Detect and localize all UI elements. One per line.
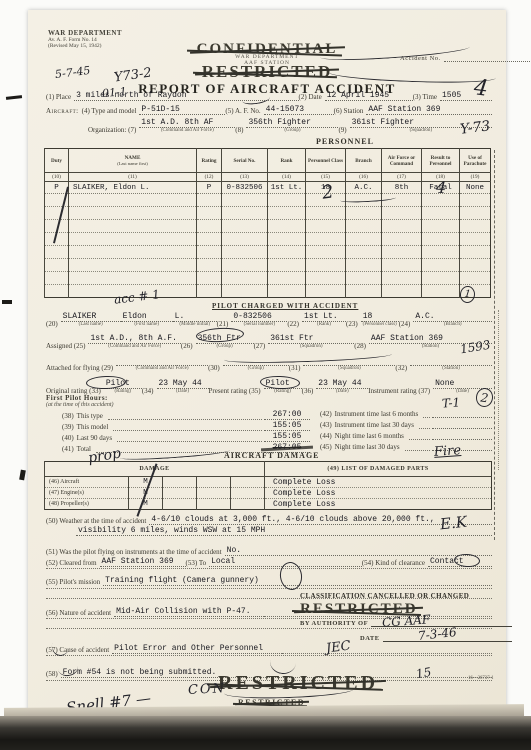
col-class: Personnel Class: [306, 149, 346, 173]
num-31: (31): [289, 364, 301, 372]
last-name-field: SLAIKER (Last name): [61, 312, 121, 328]
num-22: (22): [287, 320, 299, 328]
accident-no-field: Accident No.: [400, 55, 531, 62]
handwritten-15: 15: [415, 665, 432, 681]
assigned-caf-field: 1st A.D., 8th A.F. (Command and Air Forc…: [88, 334, 180, 350]
col-parachute: Use of Parachute: [460, 149, 491, 173]
num-32: (32): [395, 364, 407, 372]
accident-no-blank: [444, 61, 531, 62]
hours-last-90: 155:05: [264, 432, 310, 442]
aircraft-label: Aircraft:: [46, 107, 79, 115]
instr-rating-label: Instrument rating (37): [368, 387, 430, 395]
pilot-hours-subtitle: (at the time of this accident): [46, 402, 113, 408]
cause-line: (57) Cause of accident Pilot Error and O…: [46, 644, 492, 654]
pilot-hours-title: First Pilot Hours:: [46, 394, 108, 402]
authority-handwriting: CG AAF: [382, 612, 431, 629]
type-label: (4) Type and model: [82, 107, 137, 115]
nature-label: (56) Nature of accident: [46, 609, 111, 617]
num-27: (27): [254, 342, 266, 350]
cell-name: SLAIKER, Eldon L.: [69, 182, 197, 194]
instruments-label: (51) Was the pilot flying on instruments…: [46, 548, 222, 556]
cause-value: Pilot Error and Other Personnel: [112, 644, 282, 654]
scan-artifact: [19, 470, 26, 481]
table-row: P SLAIKER, Eldon L. P 0-832506 1st Lt. 1…: [45, 182, 491, 194]
afno-label: (5) A. F. No.: [225, 107, 260, 115]
binding-edge: [494, 150, 495, 540]
num-23: (23): [346, 320, 358, 328]
hours-row-45: (45) Night time last 30 days: [320, 443, 492, 451]
weather-value-2: visibility 6 miles, winds WSW at 15 MPH: [76, 526, 492, 536]
damage-section-title: AIRCRAFT DAMAGE: [224, 451, 320, 460]
num-34: (34): [142, 387, 154, 395]
cell-airforce: 8th: [382, 182, 422, 194]
num-28: (28): [354, 342, 366, 350]
num-26: (26): [181, 342, 193, 350]
weather-label: (50) Weather at the time of accident: [46, 517, 146, 525]
branch-field: A.C. (Branch): [413, 312, 492, 328]
present-rating-label: Present rating (35): [209, 387, 261, 395]
orig-date-field: 23 May 44 (Date): [157, 379, 209, 395]
handwritten-y73: Y-73: [459, 118, 491, 138]
org-value: 1st A.D. 8th AF: [139, 118, 235, 128]
assigned-label: Assigned (25): [46, 342, 85, 350]
col-rank: Rank: [268, 149, 306, 173]
serial-field: 0-832506 (Serial number): [231, 312, 287, 328]
middle-initial-field: L. (Middle initial): [173, 312, 217, 328]
col-name: NAME(Last name first): [69, 149, 197, 173]
squadron-num: (9): [338, 126, 346, 134]
group-num: (8): [235, 126, 243, 134]
attached-caf-field: (Command and Air Force): [116, 357, 208, 372]
ruled-line: [46, 655, 492, 656]
damage-table: DAMAGE (49) LIST OF DAMAGED PARTS (46) A…: [44, 461, 492, 510]
col-duty: Duty: [45, 149, 69, 173]
type-value: P-51D-15: [139, 105, 225, 115]
cell-rank: 1st Lt.: [268, 182, 306, 194]
table-row: [45, 259, 491, 272]
weather-line-2: visibility 6 miles, winds WSW at 15 MPH: [76, 526, 492, 536]
table-row: [45, 246, 491, 259]
form54-num: (58): [46, 670, 58, 678]
form-paper: WAR DEPARTMENT Av. A. F. Form No. 14 (Re…: [28, 10, 506, 716]
cleared-label: (52) Cleared from: [46, 559, 97, 567]
time-label: (3) Time: [413, 93, 437, 101]
col-serial: Serial No.: [222, 149, 268, 173]
place-label: (1) Place: [46, 93, 71, 101]
weather-line: (50) Weather at the time of accident 4-6…: [46, 515, 492, 525]
confidential-scribble: CON: [188, 681, 227, 698]
num-36: (36): [302, 387, 314, 395]
date-label: (2) Date: [299, 93, 322, 101]
to-label: (53) To: [186, 559, 207, 567]
num-24: (24): [399, 320, 411, 328]
instruments-value: No.: [225, 546, 492, 556]
station-label: (6) Station: [334, 107, 364, 115]
instruments-line: (51) Was the pilot flying on instruments…: [46, 546, 492, 556]
nature-value: Mid-Air Collision with P-47.: [114, 607, 264, 617]
parts-col-header: (49) LIST OF DAMAGED PARTS: [265, 462, 492, 477]
table-row: [45, 285, 491, 298]
col-result: Result to Personnel: [422, 149, 460, 173]
hours-row-39: (39) This model 155:05: [62, 421, 310, 431]
present-date-field: 23 May 44 (Date): [316, 379, 368, 395]
group-value: 356th Fighter: [246, 118, 338, 128]
table-row: [45, 272, 491, 285]
attached-station-field: (Station): [410, 357, 492, 372]
rank-field: 1st Lt. (Rank): [302, 312, 346, 328]
table-row: (48) Propeller(s) M Complete Loss: [45, 499, 492, 510]
scanned-document: WAR DEPARTMENT Av. A. F. Form No. 14 (Re…: [0, 0, 531, 750]
personnel-body: Duty NAME(Last name first) Rating Serial…: [45, 149, 491, 298]
col-branch: Branch: [346, 149, 382, 173]
hours-this-model: 155:05: [264, 421, 310, 431]
num-30: (30): [208, 364, 220, 372]
attached-label: Attached for flying (29): [46, 364, 113, 372]
table-row: [45, 220, 491, 233]
handwritten-ek: E.K: [439, 513, 468, 534]
scan-bottom-shadow: [0, 716, 531, 750]
class-field: 18 (Personnel class): [361, 312, 399, 328]
org-sublabel: (Command and Air Force): [139, 128, 235, 134]
clearance-line: (52) Cleared from AAF Station 369 (53) T…: [46, 557, 492, 567]
mission-line: (55) Pilot's mission Training flight (Ca…: [46, 576, 492, 586]
col-rating: Rating: [197, 149, 222, 173]
letterhead-line1: WAR DEPARTMENT: [48, 30, 122, 37]
table-row: [45, 233, 491, 246]
col-airforce: Air Force or Command: [382, 149, 422, 173]
scan-artifact: [2, 300, 12, 304]
cell-rating: P: [197, 182, 222, 194]
org-field: 1st A.D. 8th AF (Command and Air Force): [139, 118, 235, 134]
afno-value: 44-15073: [264, 105, 334, 115]
mission-label: (55) Pilot's mission: [46, 578, 100, 586]
ruled-line: [46, 568, 492, 569]
classification-stamp: CLASSIFICATION CANCELLED OR CHANGED REST…: [300, 592, 512, 642]
org-label: Organization: (7): [88, 126, 136, 134]
pilot-name-line: (20) SLAIKER (Last name) Eldon (First na…: [46, 312, 492, 328]
handwritten-circled-1: 1: [459, 285, 476, 303]
handwritten-t1: T-1: [442, 395, 461, 410]
restricted-stamp: RESTRICTED: [202, 62, 333, 82]
hours-row-42: (42) Instrument time last 6 months: [320, 410, 492, 418]
hours-row-38: (38) This type 267:00: [62, 410, 310, 420]
classification-line1: CLASSIFICATION CANCELLED OR CHANGED: [300, 592, 512, 600]
group-sublabel: (Group): [246, 128, 338, 134]
assigned-sqdn-field: 361st Ftr (Squadron): [268, 334, 354, 350]
group-field: 356th Fighter (Group): [246, 118, 338, 134]
cell-parachute: None: [460, 182, 491, 194]
num-20: (20): [46, 320, 58, 328]
handwritten-table-4: 4: [435, 178, 446, 198]
personnel-header-row: Duty NAME(Last name first) Rating Serial…: [45, 149, 491, 173]
personnel-table: Duty NAME(Last name first) Rating Serial…: [44, 148, 491, 298]
scan-artifact: [6, 95, 22, 100]
form-print-number: 16—26737-1: [468, 676, 494, 681]
clearance-label: (54) Kind of clearance: [362, 559, 425, 567]
cell-branch: A.C.: [346, 182, 382, 194]
table-row: (46) Aircraft M Complete Loss: [45, 477, 492, 488]
table-row: [45, 207, 491, 220]
handwritten-fire: Fire: [434, 443, 462, 460]
damage-header-row: DAMAGE (49) LIST OF DAMAGED PARTS: [45, 462, 492, 477]
organization-line: Organization: (7) 1st A.D. 8th AF (Comma…: [88, 118, 492, 134]
hours-row-43: (43) Instrument time last 30 days: [320, 421, 492, 429]
first-name-field: Eldon (First name): [121, 312, 173, 328]
table-row: (47) Engine(s) M Complete Loss: [45, 488, 492, 499]
personnel-section-title: PERSONNEL: [316, 137, 374, 146]
pilot-charged-title: PILOT CHARGED WITH ACCIDENT: [212, 302, 358, 310]
num-21: (21): [217, 320, 229, 328]
date-value: 12 April 1945: [325, 91, 413, 101]
hours-this-type: 267:00: [264, 410, 310, 420]
binding-edge-inner: [498, 310, 499, 470]
assigned-line: Assigned (25) 1st A.D., 8th A.F. (Comman…: [46, 334, 492, 350]
authority-line: BY AUTHORITY OF CG AAF: [300, 620, 512, 627]
cell-serial: 0-832506: [222, 182, 268, 194]
handwritten-jec: JEC: [325, 639, 351, 657]
form54-value: Form #54 is not being submitted.: [61, 668, 221, 678]
hours-row-44: (44) Night time last 6 months: [320, 432, 492, 440]
hours-row-40: (40) Last 90 days 155:05: [62, 432, 310, 442]
handwritten-code2: 01-1: [101, 85, 127, 100]
personnel-number-row: (10)(11) (12)(13) (14)(15) (16)(17) (18)…: [45, 173, 491, 182]
station-value: AAF Station 369: [366, 105, 492, 115]
table-row: [45, 194, 491, 207]
ruled-line: [46, 588, 492, 589]
cleared-value: AAF Station 369: [100, 557, 186, 567]
aircraft-line: Aircraft: (4) Type and model P-51D-15 (5…: [46, 105, 492, 115]
